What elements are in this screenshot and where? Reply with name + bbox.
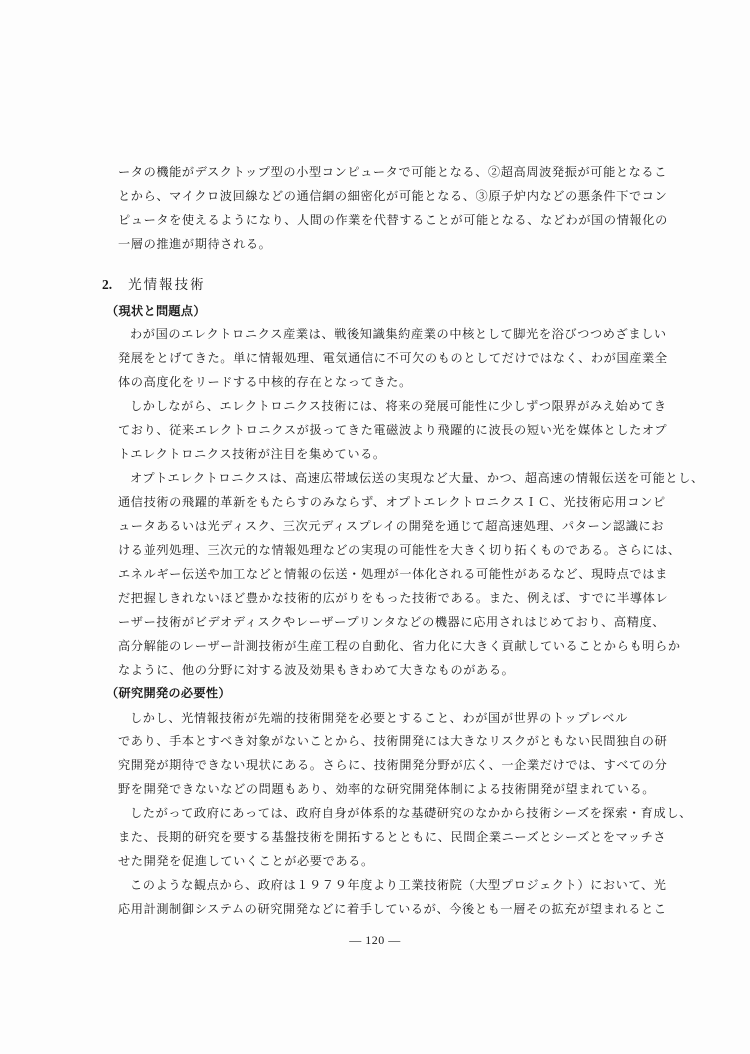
text-line: ーザー技術がビデオディスクやレーザープリンタなどの機器に応用されはじめており、高… xyxy=(118,614,588,630)
section-heading: 2.光情報技術 xyxy=(102,276,206,294)
text-line: ータの機能がデスクトップ型の小型コンピュータで可能となる、②超高周波発振が可能と… xyxy=(118,164,588,180)
subsection-heading-current-status: （現状と問題点） xyxy=(106,303,206,319)
text-line: 一層の推進が期待される。 xyxy=(118,236,588,252)
text-line: 応用計測制御システムの研究開発などに着手しているが、今後とも一層その拡充が望まれ… xyxy=(118,901,588,917)
text-line: エネルギー伝送や加工などと情報の伝送・処理が一体化される可能性があるなど、現時点… xyxy=(118,566,588,582)
text-line: 体の高度化をリードする中核的存在となってきた。 xyxy=(118,374,588,390)
text-line: しかし、光情報技術が先端的技術開発を必要とすること、わが国が世界のトップレベル xyxy=(130,710,588,726)
section-title: 光情報技術 xyxy=(128,277,206,293)
text-line: 通信技術の飛躍的革新をもたらすのみならず、オプトエレクトロニクスＩＣ、光技術応用… xyxy=(118,494,588,510)
text-line: ける並列処理、三次元的な情報処理などの実現の可能性を大きく切り拓くものである。さ… xyxy=(118,542,588,558)
text-line: 高分解能のレーザー計測技術が生産工程の自動化、省力化に大きく貢献していることから… xyxy=(118,638,588,654)
text-line: とから、マイクロ波回線などの通信網の細密化が可能となる、③原子炉内などの悪条件下… xyxy=(118,188,588,204)
text-line: だ把握しきれないほど豊かな技術的広がりをもった技術である。また、例えば、すでに半… xyxy=(118,590,588,606)
text-line: 野を開発できないなどの問題もあり、効率的な研究開発体制による技術開発が望まれてい… xyxy=(118,781,588,797)
text-line: 発展をとげてきた。単に情報処理、電気通信に不可欠のものとしてだけではなく、わが国… xyxy=(118,350,588,366)
text-line: 究開発が期待できない現状にある。さらに、技術開発分野が広く、一企業だけでは、すべ… xyxy=(118,757,588,773)
text-line: なように、他の分野に対する波及効果もきわめて大きなものがある。 xyxy=(118,662,588,678)
document-page: ータの機能がデスクトップ型の小型コンピュータで可能となる、②超高周波発振が可能と… xyxy=(0,0,750,1054)
section-number: 2. xyxy=(102,277,112,292)
text-line: であり、手本とすべき対象がないことから、技術開発には大きなリスクがともない民間独… xyxy=(118,733,588,749)
page-number: ― 120 ― xyxy=(0,933,750,948)
subsection-heading-rd-necessity: （研究開発の必要性） xyxy=(106,685,231,701)
text-line: ピュータを使えるようになり、人間の作業を代替することが可能となる、などわが国の情… xyxy=(118,212,588,228)
text-line: オプトエレクトロニクスは、高速広帯域伝送の実現など大量、かつ、超高速の情報伝送を… xyxy=(130,470,588,486)
text-line: トエレクトロニクス技術が注目を集めている。 xyxy=(118,446,588,462)
text-line: また、長期的研究を要する基盤技術を開拓するとともに、民間企業ニーズとシーズとをマ… xyxy=(118,829,588,845)
text-line: わが国のエレクトロニクス産業は、戦後知識集約産業の中核として脚光を浴びつつめざま… xyxy=(130,326,588,342)
text-line: しかしながら、エレクトロニクス技術には、将来の発展可能性に少しずつ限界がみえ始め… xyxy=(130,398,588,414)
text-line: ており、従来エレクトロニクスが扱ってきた電磁波より飛躍的に波長の短い光を媒体とし… xyxy=(118,422,588,438)
text-line: このような観点から、政府は１９７９年度より工業技術院（大型プロジェクト）において… xyxy=(130,877,588,893)
text-line: ュータあるいは光ディスク、三次元ディスプレイの開発を通じて超高速処理、パターン認… xyxy=(118,518,588,534)
text-line: せた開発を促進していくことが必要である。 xyxy=(118,853,588,869)
text-line: したがって政府にあっては、政府自身が体系的な基礎研究のなかから技術シーズを探索・… xyxy=(130,805,588,821)
